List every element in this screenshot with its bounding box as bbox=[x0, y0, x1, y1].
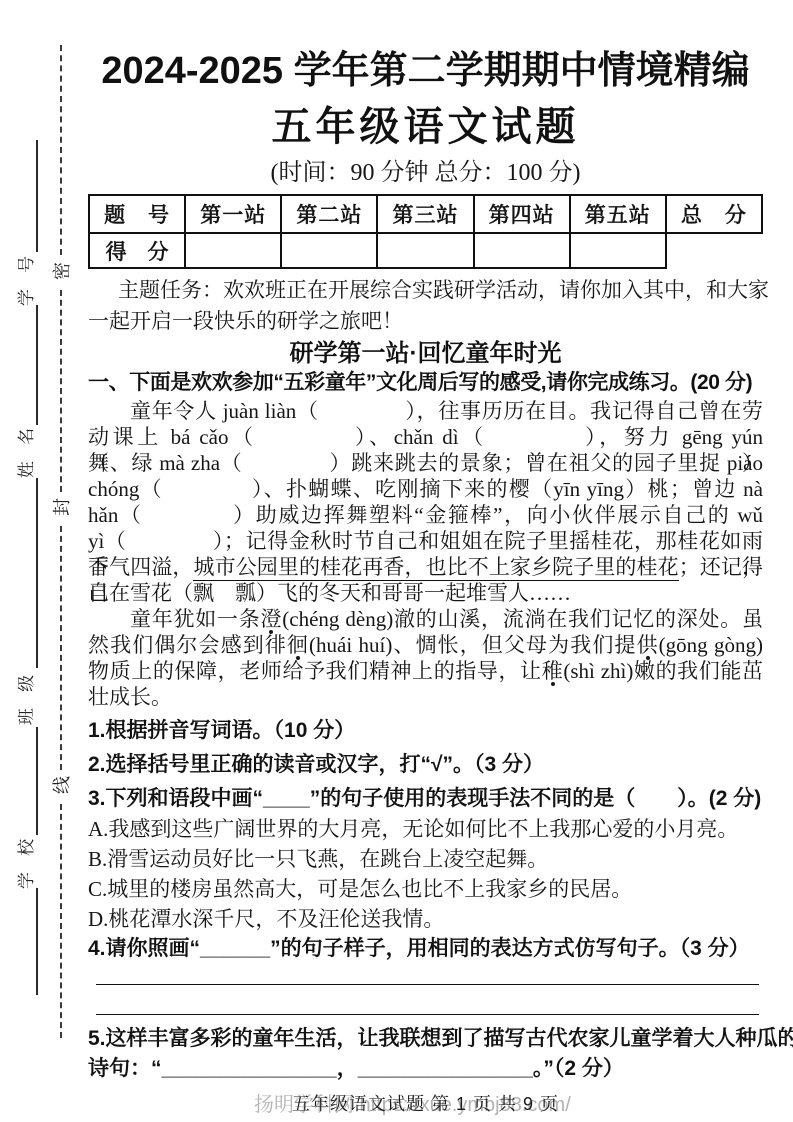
passage-text-segment: (huái huí)、惆怅，但父母为我们提 bbox=[309, 633, 637, 657]
passage-line: 物质上的保障，老师给予我们精神上的指导，让稚(shì zhì)嫩的我们能茁 bbox=[88, 658, 763, 684]
seal-char-mi: 密 bbox=[44, 254, 78, 288]
score-row-label: 得 分 bbox=[89, 233, 185, 268]
seal-dashed-segment bbox=[60, 290, 62, 492]
passage-line: yì（ ）；记得金秋时节自己和姐姐在院子里摇桂花，那桂花如雨下， bbox=[88, 528, 763, 554]
option-D: D.桃花潭水深千尺，不及汪伦送我情。 bbox=[88, 904, 763, 934]
page-number-info: 五年级语文试题 第 1 页 共 9 页 bbox=[88, 1090, 763, 1116]
answer-line bbox=[96, 984, 759, 985]
passage-line: 香气四溢，城市公园里的桂花再香，也比不上家乡院子里的桂花；还记得自 bbox=[88, 554, 763, 580]
passage-text-segment: chóng（ ）、扑蝴蝶、吃刚摘下来的樱（yīn yīng）桃；曾边 nà bbox=[88, 477, 763, 501]
seal-rule-segment bbox=[36, 478, 38, 668]
answer-line bbox=[96, 1014, 759, 1015]
passage-text-segment: 童年犹如一条 bbox=[130, 607, 261, 631]
seal-rule-segment bbox=[36, 305, 38, 425]
passage-text-segment: 童年令人 juàn liàn（ ），往事历历在目。我记得自己曾在劳 bbox=[130, 399, 763, 423]
score-table: 题 号 第一站 第二站 第三站 第四站 第五站 总 分 得 分 bbox=[88, 194, 763, 269]
question-3: 3.下列和语段中画“____”的句子使用的表现手法不同的是（ ）。(2 分) bbox=[88, 784, 763, 814]
option-A: A.我感到这些广阔世界的大月亮，无论如何比不上我那心爱的小月亮。 bbox=[88, 814, 763, 844]
question-3-options: A.我感到这些广阔世界的大月亮，无论如何比不上我那心爱的小月亮。B.滑雪运动员好… bbox=[88, 814, 763, 934]
score-header-cell: 第四站 bbox=[474, 195, 570, 233]
score-table-score-row: 得 分 bbox=[89, 233, 762, 268]
emphasized-char: 稚 bbox=[542, 659, 564, 683]
score-cell bbox=[377, 233, 473, 268]
option-B: B.滑雪运动员好比一只飞燕，在跳台上凌空起舞。 bbox=[88, 844, 763, 874]
passage-line: hǎn（ ）助威边挥舞塑料“金箍棒”，向小伙伴展示自己的 wǔ bbox=[88, 502, 763, 528]
question-4: 4.请你照画“______”的句子样子，用相同的表达方式仿写句子。（3 分） bbox=[88, 934, 763, 964]
score-cell bbox=[281, 233, 377, 268]
seal-rule-segment bbox=[36, 727, 38, 835]
page-subtitle: 五年级语文试题 bbox=[88, 104, 763, 150]
passage-text-segment: hǎn（ ）助威边挥舞塑料“金箍棒”，向小伙伴展示自己的 wǔ bbox=[88, 503, 763, 527]
page-footer: 扬明学科网 https://xue.ymbj88.com/ 五年级语文试题 第 … bbox=[88, 1086, 763, 1112]
score-cell bbox=[570, 233, 666, 268]
seal-char-xian: 线 bbox=[44, 768, 78, 802]
score-header-cell: 第五站 bbox=[570, 195, 666, 233]
passage-text-segment: 舞、绿 mà zha（ ）跳来跳去的景象；曾在祖父的园子里捉 piáo bbox=[88, 451, 763, 475]
question-2: 2.选择括号里正确的读音或汉字，打“√”。（3 分） bbox=[88, 750, 763, 780]
score-header-cell: 总 分 bbox=[666, 195, 762, 233]
seal-dashed-segment bbox=[60, 804, 62, 1038]
score-header-cell: 题 号 bbox=[89, 195, 185, 233]
question-5-line2: 诗句：“_______________，_______________。”（2 … bbox=[88, 1054, 763, 1084]
question-list: 1.根据拼音写词语。（10 分） 2.选择括号里正确的读音或汉字，打“√”。（3… bbox=[88, 716, 763, 964]
score-header-cell: 第一站 bbox=[185, 195, 281, 233]
seal-char-feng: 封 bbox=[44, 490, 78, 524]
score-table-header-row: 题 号 第一站 第二站 第三站 第四站 第五站 总 分 bbox=[89, 195, 762, 233]
station-heading: 研学第一站·回忆童年时光 bbox=[88, 339, 763, 369]
emphasized-char: 供 bbox=[637, 633, 659, 657]
passage-line: 童年令人 juàn liàn（ ），往事历历在目。我记得自己曾在劳 bbox=[88, 398, 763, 424]
school-label: 学 校 bbox=[0, 839, 52, 883]
emphasized-char: 澄 bbox=[261, 607, 283, 631]
passage-line: 己在雪花（飘 瓢）飞的冬天和哥哥一起堆雪人…… bbox=[88, 580, 763, 606]
score-header-cell: 第三站 bbox=[377, 195, 473, 233]
passage-text-segment: (chéng dèng)澈的山溪，流淌在我们记忆的深处。虽 bbox=[282, 607, 763, 631]
passage-text-segment: 香气四溢， bbox=[88, 555, 193, 579]
theme-task: 主题任务：欢欢班正在开展综合实践研学活动，请你加入其中，和大家 一起开启一段快乐… bbox=[88, 275, 763, 337]
exam-meta: (时间：90 分钟 总分：100 分) bbox=[88, 158, 763, 188]
passage-text-segment: 然我们偶尔会感到徘 bbox=[88, 633, 287, 657]
student-name-label: 姓 名 bbox=[0, 428, 52, 472]
score-cell bbox=[474, 233, 570, 268]
seal-dashed-segment bbox=[60, 526, 62, 770]
passage-line: 动课上 bá cǎo（ ）、chǎn dì（ ），努力 gēng yún（ ） bbox=[88, 424, 763, 450]
score-cell bbox=[185, 233, 281, 268]
exam-content: 2024-2025 学年第二学期期中情境精编 五年级语文试题 (时间：90 分钟… bbox=[88, 0, 763, 1112]
section-one-heading: 一、下面是欢欢参加“五彩童年”文化周后写的感受,请你完成练习。(20 分) bbox=[88, 369, 763, 396]
seal-rule-segment bbox=[36, 888, 38, 995]
theme-task-line: 主题任务：欢欢班正在开展综合实践研学活动，请你加入其中，和大家 bbox=[88, 275, 763, 306]
emphasized-char: 徊 bbox=[287, 633, 309, 657]
passage-text-segment: 己在雪花（飘 瓢）飞的冬天和哥哥一起堆雪人…… bbox=[88, 581, 571, 605]
option-C: C.城里的楼房虽然高大，可是怎么也比不上我家乡的民居。 bbox=[88, 874, 763, 904]
passage-line: 壮成长。 bbox=[88, 684, 763, 710]
passage-text-segment: 物质上的保障，老师给予我们精神上的指导，让 bbox=[88, 659, 542, 683]
passage-text-segment: (shì zhì)嫩的我们能茁 bbox=[563, 659, 763, 683]
passage-line: 然我们偶尔会感到徘徊(huái huí)、惆怅，但父母为我们提供(gōng gò… bbox=[88, 632, 763, 658]
passage-text-segment: 壮成长。 bbox=[88, 685, 172, 709]
underlined-text: 城市公园里的桂花再香，也比不上家乡院子里的桂花 bbox=[193, 555, 678, 581]
seal-rule-segment bbox=[36, 140, 38, 252]
class-label: 班 级 bbox=[0, 675, 52, 719]
page-title: 2024-2025 学年第二学期期中情境精编 bbox=[88, 48, 763, 94]
exam-page: 学 号 姓 名 班 级 学 校 密 封 线 2024-2025 学年第二学期期中… bbox=[0, 0, 793, 1122]
theme-task-line: 一起开启一段快乐的研学之旅吧！ bbox=[88, 306, 763, 337]
passage: 童年令人 juàn liàn（ ），往事历历在目。我记得自己曾在劳动课上 bá … bbox=[88, 398, 763, 710]
question-5: 5.这样丰富多彩的童年生活，让我联想到了描写古代农家儿童学着大人种瓜的 诗句：“… bbox=[88, 1024, 763, 1084]
score-header-cell: 第二站 bbox=[281, 195, 377, 233]
passage-line: 舞、绿 mà zha（ ）跳来跳去的景象；曾在祖父的园子里捉 piáo bbox=[88, 450, 763, 476]
passage-text-segment: (gōng gòng) bbox=[659, 633, 763, 657]
passage-line: chóng（ ）、扑蝴蝶、吃刚摘下来的樱（yīn yīng）桃；曾边 nà bbox=[88, 476, 763, 502]
question-5-line1: 5.这样丰富多彩的童年生活，让我联想到了描写古代农家儿童学着大人种瓜的 bbox=[88, 1024, 763, 1054]
seal-dashed-segment bbox=[60, 45, 62, 255]
passage-line: 童年犹如一条澄(chéng dèng)澈的山溪，流淌在我们记忆的深处。虽 bbox=[88, 606, 763, 632]
question-1: 1.根据拼音写词语。（10 分） bbox=[88, 716, 763, 746]
